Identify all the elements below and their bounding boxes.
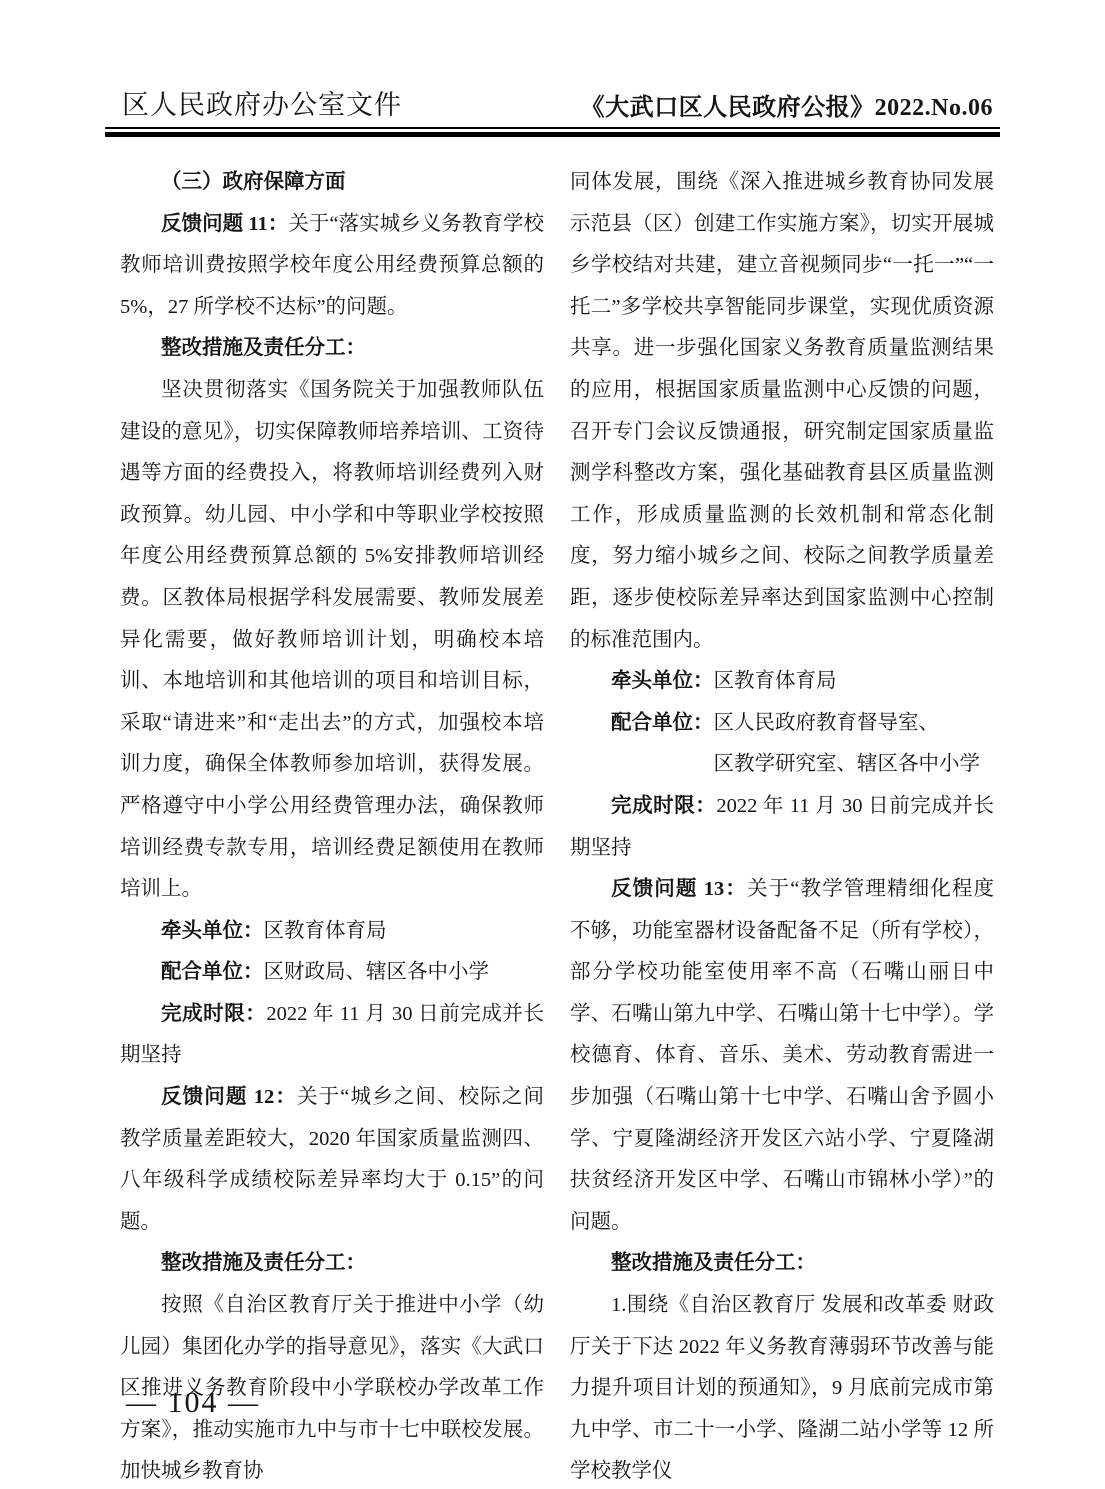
- paragraph: 配合单位：区人民政府教育督导室、 区教学研究室、辖区各中小学: [570, 703, 994, 786]
- paragraph-text: 关于“城乡之间、校际之间教学质量差距较大，2020 年国家质量监测四、八年级科学…: [120, 1086, 544, 1233]
- paragraph: 牵头单位：区教育体育局: [120, 911, 544, 953]
- divider-thick-line: [105, 132, 1000, 137]
- paragraph-lead: 配合单位：: [611, 712, 714, 734]
- paragraph: 反馈问题 12：关于“城乡之间、校际之间教学质量差距较大，2020 年国家质量监…: [120, 1077, 544, 1243]
- divider-thin-line: [105, 127, 1000, 129]
- paragraph: 完成时限：2022 年 11 月 30 日前完成并长期坚持: [120, 994, 544, 1077]
- paragraph-lead: 牵头单位：: [611, 670, 714, 692]
- paragraph: 整改措施及责任分工：: [570, 1243, 994, 1285]
- header-right-title: 《大武口区人民政府公报》2022.No.06: [581, 87, 993, 122]
- paragraph: 反馈问题 11：关于“落实城乡义务教育学校教师培训费按照学校年度公用经费预算总额…: [120, 204, 544, 329]
- paragraph: 牵头单位：区教育体育局: [570, 661, 994, 703]
- paragraph-text: 区教育体育局: [264, 920, 387, 942]
- paragraph: 反馈问题 13：关于“教学管理精细化程度不够，功能室器材设备配备不足（所有学校）…: [570, 869, 994, 1243]
- page-number: — 104 —: [126, 1386, 260, 1419]
- paragraph: 整改措施及责任分工：: [120, 1243, 544, 1285]
- text-columns: （三）政府保障方面 反馈问题 11：关于“落实城乡义务教育学校教师培训费按照学校…: [120, 162, 994, 1489]
- paragraph-text: 区人民政府教育督导室、 区教学研究室、辖区各中小学: [714, 712, 981, 776]
- paragraph: 配合单位：区财政局、辖区各中小学: [120, 952, 544, 994]
- paragraph: 完成时限：2022 年 11 月 30 日前完成并长期坚持: [570, 786, 994, 869]
- paragraph-lead: 配合单位：: [161, 961, 264, 983]
- paragraph: 同体发展，围绕《深入推进城乡教育协同发展示范县（区）创建工作实施方案》，切实开展…: [570, 162, 994, 661]
- page-header: 区人民政府办公室文件 《大武口区人民政府公报》2022.No.06: [122, 88, 993, 122]
- paragraph-lead: 反馈问题 11：: [161, 213, 288, 235]
- left-column: （三）政府保障方面 反馈问题 11：关于“落实城乡义务教育学校教师培训费按照学校…: [120, 162, 544, 1489]
- header-divider: [105, 127, 1000, 137]
- right-column: 同体发展，围绕《深入推进城乡教育协同发展示范县（区）创建工作实施方案》，切实开展…: [570, 162, 994, 1489]
- header-left-title: 区人民政府办公室文件: [122, 83, 402, 122]
- paragraph-text: 关于“教学管理精细化程度不够，功能室器材设备配备不足（所有学校），部分学校功能室…: [570, 878, 994, 1233]
- section-heading: （三）政府保障方面: [120, 162, 544, 204]
- paragraph-lead: 反馈问题 12：: [161, 1086, 297, 1108]
- page-footer: — 104 —: [126, 1386, 260, 1420]
- paragraph: 坚决贯彻落实《国务院关于加强教师队伍建设的意见》，切实保障教师培养培训、工资待遇…: [120, 370, 544, 911]
- paragraph-lead: 完成时限：: [161, 1003, 266, 1025]
- paragraph-lead: 完成时限：: [611, 795, 716, 817]
- paragraph: 整改措施及责任分工：: [120, 328, 544, 370]
- paragraph: 1.围绕《自治区教育厅 发展和改革委 财政厅关于下达 2022 年义务教育薄弱环…: [570, 1285, 994, 1489]
- paragraph-text: 区财政局、辖区各中小学: [264, 961, 490, 983]
- paragraph-lead: 反馈问题 13：: [611, 878, 747, 900]
- paragraph-text: 区教育体育局: [714, 670, 837, 692]
- paragraph-lead: 牵头单位：: [161, 920, 264, 942]
- document-page: 区人民政府办公室文件 《大武口区人民政府公报》2022.No.06 （三）政府保…: [0, 0, 1105, 1489]
